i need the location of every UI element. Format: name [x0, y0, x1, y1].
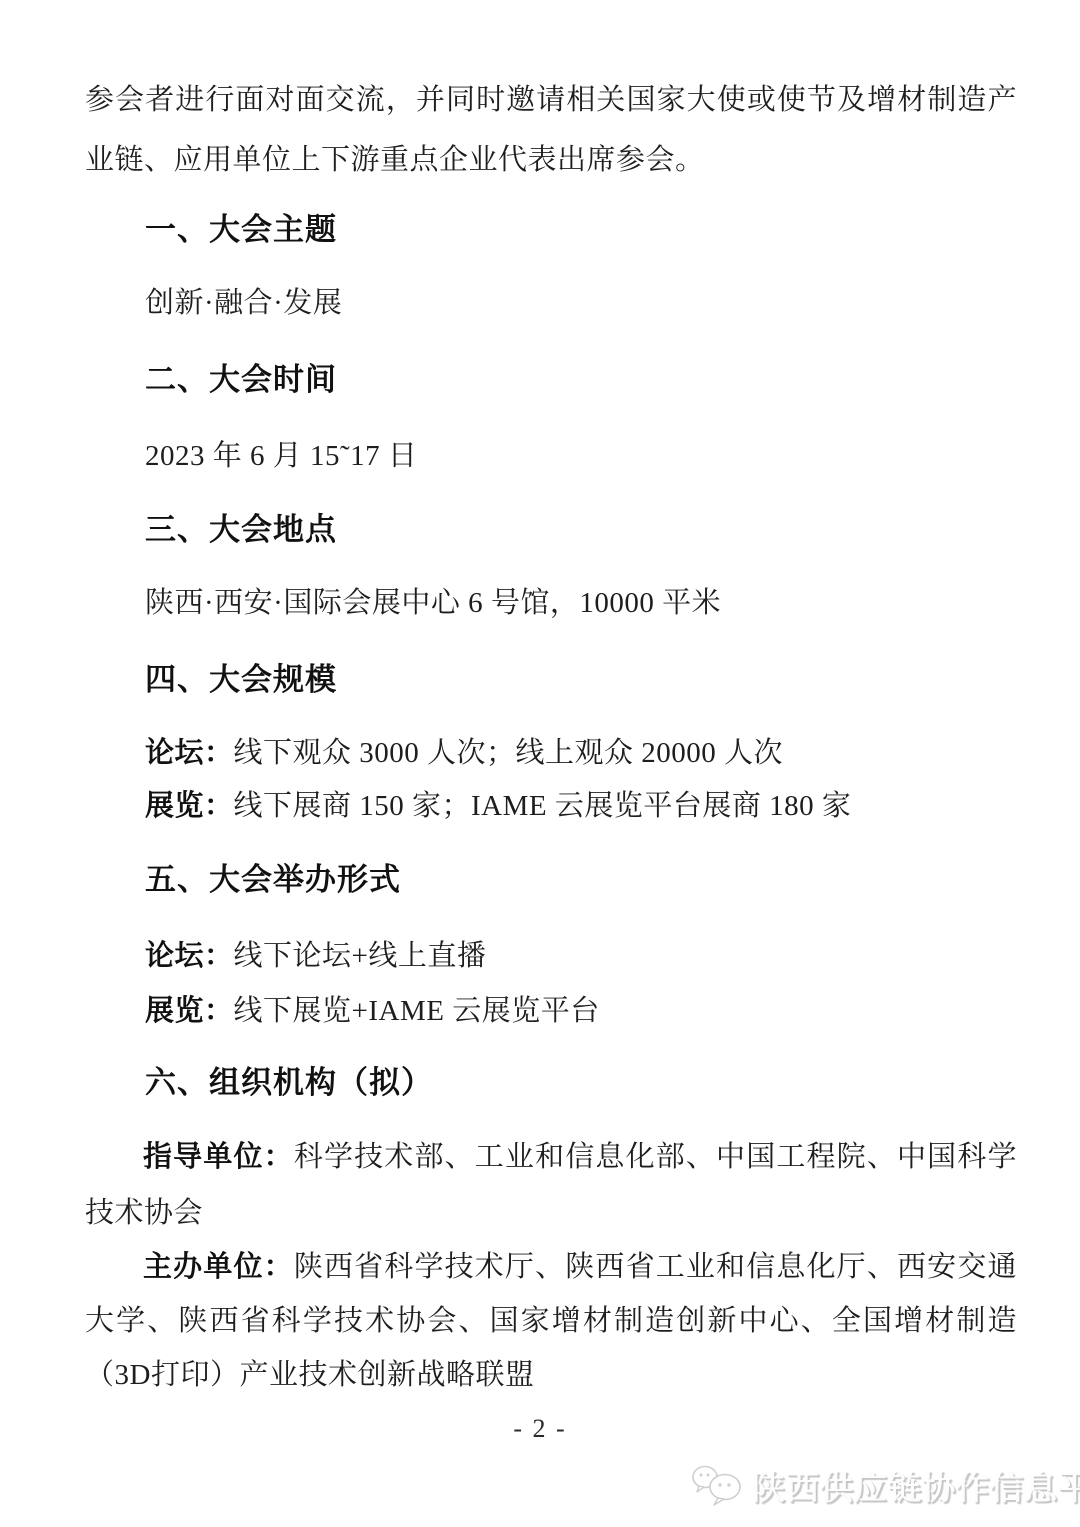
wechat-icon [692, 1464, 744, 1508]
document-page: 参会者进行面对面交流，并同时邀请相关国家大使或使节及增材制造产业链、应用单位上下… [0, 0, 1080, 1527]
heading-conference-venue: 三、大会地点 [85, 502, 1017, 558]
scale-forum-line: 论坛：线下观众 3000 人次；线上观众 20000 人次 [85, 723, 1017, 783]
heading-conference-format: 五、大会举办形式 [85, 852, 1017, 908]
format-forum-line: 论坛：线下论坛+线上直播 [85, 926, 1017, 986]
heading-organization: 六、组织机构（拟） [85, 1055, 1017, 1111]
org-host-paragraph: 主办单位：陕西省科学技术厅、陕西省工业和信息化厅、西安交通大学、陕西省科学技术协… [85, 1240, 1017, 1402]
format-forum-label: 论坛： [145, 940, 234, 972]
org-guidance-label: 指导单位： [143, 1141, 294, 1173]
heading-conference-time: 二、大会时间 [85, 352, 1017, 408]
intro-paragraph: 参会者进行面对面交流，并同时邀请相关国家大使或使节及增材制造产业链、应用单位上下… [85, 70, 1017, 190]
format-forum-text: 线下论坛+线上直播 [234, 940, 487, 972]
page-number: - 2 - [0, 1414, 1080, 1444]
venue-text: 陕西·西安·国际会展中心 6 号馆，10000 平米 [85, 573, 1017, 633]
scale-exhibition-label: 展览： [145, 790, 234, 822]
theme-text: 创新·融合·发展 [85, 273, 1017, 333]
org-host-label: 主办单位： [143, 1251, 294, 1283]
watermark-text: 陕西供应链协作信息平台 [752, 1462, 1080, 1509]
scale-exhibition-line: 展览：线下展商 150 家；IAME 云展览平台展商 180 家 [85, 776, 1017, 836]
format-exhibition-line: 展览：线下展览+IAME 云展览平台 [85, 981, 1017, 1041]
heading-conference-scale: 四、大会规模 [85, 652, 1017, 708]
date-text: 2023 年 6 月 15˜17 日 [85, 426, 1017, 486]
scale-exhibition-text: 线下展商 150 家；IAME 云展览平台展商 180 家 [234, 790, 852, 822]
format-exhibition-label: 展览： [145, 995, 234, 1027]
scale-forum-label: 论坛： [145, 737, 234, 769]
scale-forum-text: 线下观众 3000 人次；线上观众 20000 人次 [234, 737, 784, 769]
format-exhibition-text: 线下展览+IAME 云展览平台 [234, 995, 600, 1027]
heading-conference-theme: 一、大会主题 [85, 202, 1017, 258]
watermark: 陕西供应链协作信息平台 [692, 1462, 1080, 1509]
org-guidance-paragraph: 指导单位：科学技术部、工业和信息化部、中国工程院、中国科学技术协会 [85, 1129, 1017, 1241]
